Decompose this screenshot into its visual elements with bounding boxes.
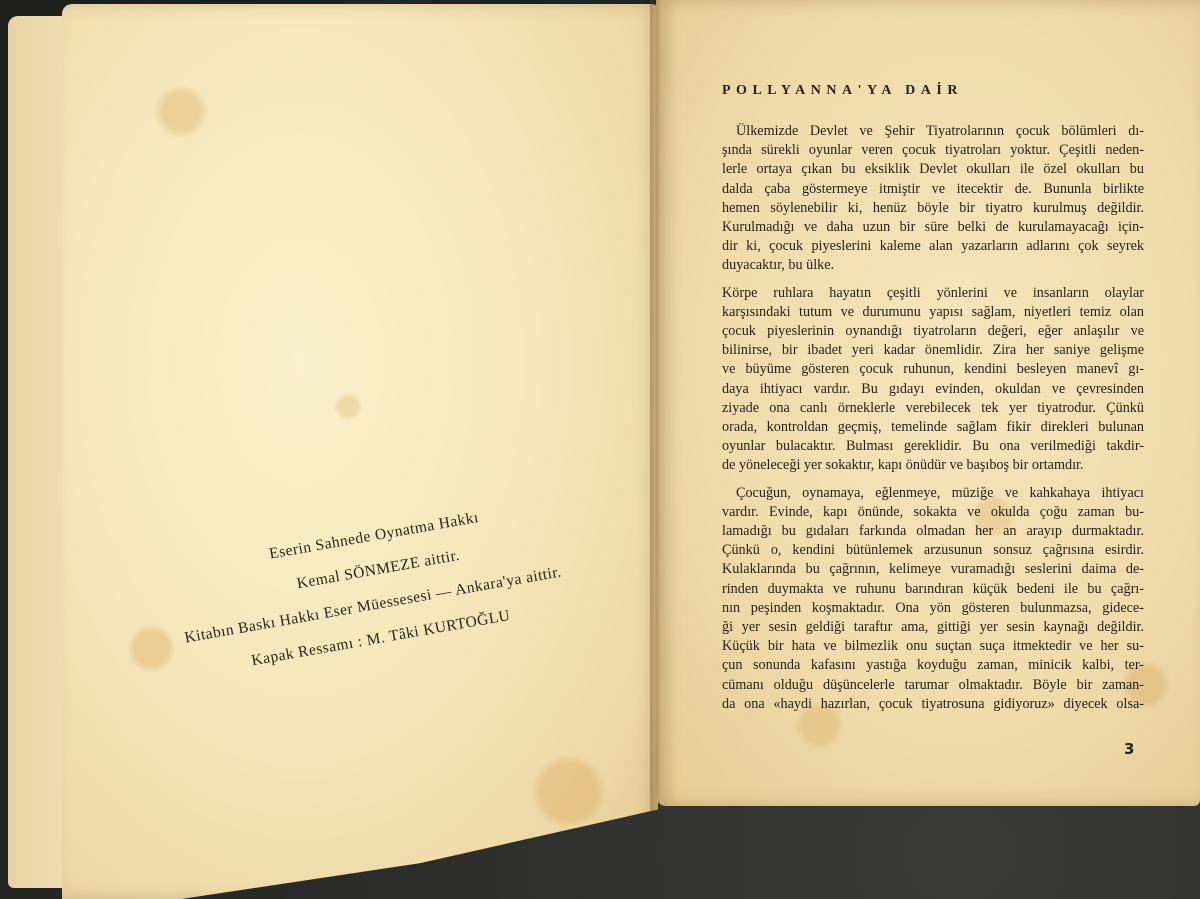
- text-line: duyacaktır, bu ülke.: [722, 256, 1144, 275]
- text-line: dir ki, çocuk piyeslerini kaleme alan ya…: [722, 237, 1144, 256]
- paragraph-1: Ülkemizde Devlet ve Şehir Tiyatrolarının…: [722, 122, 1144, 276]
- text-line: rinden duymakta ve ruhunu barındıran küç…: [722, 580, 1144, 599]
- text-line: Kulaklarında bu çağrının, kelimeye vuram…: [722, 560, 1144, 579]
- text-line: orada, kontroldan geçmiş, temelinde sağl…: [722, 418, 1144, 437]
- left-page: [62, 4, 658, 899]
- text-line: vardır. Evinde, kapı önünde, sokakta ve …: [722, 503, 1144, 522]
- paragraph-3: Çocuğun, oynamaya, eğlenmeye, müziğe ve …: [722, 484, 1144, 714]
- text-line: Çünkü o, kendini bütünlemek arzusunun so…: [722, 541, 1144, 560]
- text-line: karşısındaki tutum ve durumunu yapısı sa…: [722, 303, 1144, 322]
- text-line: cümanı olduğu düşüncelerle tarumar olmak…: [722, 676, 1144, 695]
- text-line: de yöneleceği yer sokaktır, kapı önüdür …: [722, 456, 1144, 475]
- text-line: bilinirse, bir ibadet yeri kadar önemlid…: [722, 341, 1144, 360]
- text-line: Küçük bir hata ve bilmezlik onu suçtan s…: [722, 637, 1144, 656]
- book-gutter: [650, 0, 660, 812]
- text-line: nın peşinden koşmaktadır. Ona yön göster…: [722, 599, 1144, 618]
- text-line: hemen söylenebilir ki, henüz böyle bir t…: [722, 199, 1144, 218]
- text-line: ği yer sesin geldiği taraftır ama, gitti…: [722, 618, 1144, 637]
- text-line: Kurulmadığı ve daha uzun bir süre belki …: [722, 218, 1144, 237]
- paragraph-2: Körpe ruhlara hayatın çeşitli yönlerini …: [722, 284, 1144, 476]
- text-line: daya ihtiyacı vardır. Bu gıdayı evinden,…: [722, 380, 1144, 399]
- chapter-title: POLLYANNA'YA DAİR: [722, 83, 1144, 99]
- text-line: dalda çaba göstermeye itmiştir ve itecek…: [722, 180, 1144, 199]
- text-line: Ülkemizde Devlet ve Şehir Tiyatrolarının…: [722, 122, 1144, 141]
- text-line: Çocuğun, oynamaya, eğlenmeye, müziğe ve …: [722, 484, 1144, 503]
- text-line: çun sonunda kafasını yastığa koyduğu zam…: [722, 656, 1144, 675]
- text-line: ve büyüme gösteren çocuk ruhunun, kendin…: [722, 360, 1144, 379]
- text-line: ziyade ona canlı örneklerle verebilecek …: [722, 399, 1144, 418]
- text-line: Körpe ruhlara hayatın çeşitli yönlerini …: [722, 284, 1144, 303]
- text-line: çocuk piyeslerinin oynandığı tiyatroları…: [722, 322, 1144, 341]
- text-line: oyunlar bulacaktır. Bulması gereklidir. …: [722, 437, 1144, 456]
- right-page-content: POLLYANNA'YA DAİR Ülkemizde Devlet ve Şe…: [722, 83, 1144, 722]
- text-line: şında sürekli oyunlar veren çocuk tiyatr…: [722, 141, 1144, 160]
- text-line: lamadığı bu gıdaları farkında olmadan he…: [722, 522, 1144, 541]
- text-line: da ona «haydi hazırlan, çocuk tiyatrosun…: [722, 695, 1144, 714]
- text-line: lerle ortaya çıkan bu eksiklik Devlet ok…: [722, 160, 1144, 179]
- page-number: 3: [1124, 740, 1134, 758]
